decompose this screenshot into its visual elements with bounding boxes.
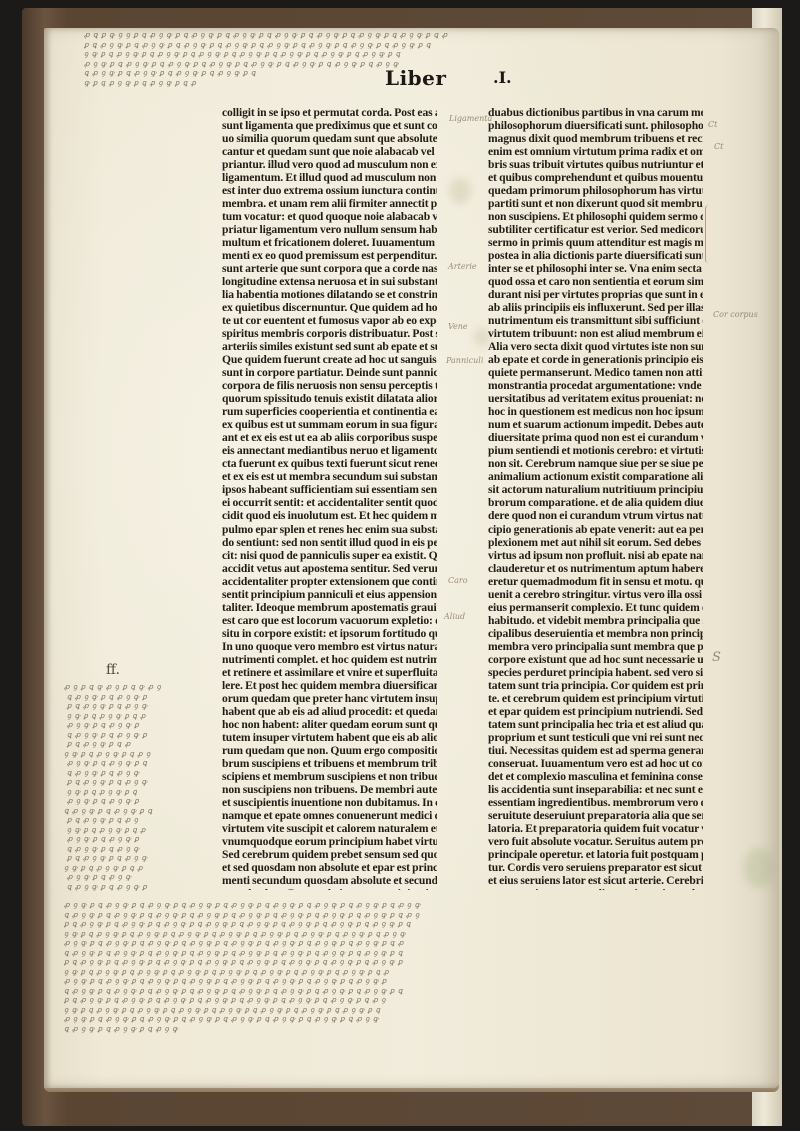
text-line: menti secundum quosdam absolute et secun…: [222, 874, 437, 887]
text-line: et suscipientis inuentione non dubitamus…: [222, 796, 437, 809]
text-line: lis accidentia sunt inseparabilia: et ne…: [488, 783, 703, 796]
text-line: diuersitate prima quod non est ei curand…: [488, 431, 703, 444]
text-line: lia habentia motiones dilatando se et co…: [222, 288, 437, 301]
text-line: durant nisi per virtutes proprias que su…: [488, 288, 703, 301]
text-line: situ in corpore existit: et ipsorum fort…: [222, 627, 437, 640]
text-line: animalium actionum existit comparatione …: [488, 470, 703, 483]
text-line: magnus dixit quod membrum tribuens et re…: [488, 132, 703, 145]
running-head-number: .I.: [493, 68, 512, 87]
text-line: te. et cerebrum quidem est principium vi…: [488, 692, 703, 705]
text-line: multum et fricationem doleret. Iuuamentu…: [222, 236, 437, 249]
text-line: hoc non habent: aliter quedam eorum sunt…: [222, 718, 437, 731]
text-line: tatem sunt tria principia. Cor quidem es…: [488, 679, 703, 692]
text-line: et quibus comprehendunt et quibus mouent…: [488, 171, 703, 184]
text-line: habitudo. et videbit membra principalia …: [488, 614, 703, 627]
text-line: virtus ad ipsum non profluit. nisi ab ep…: [488, 549, 703, 562]
text-line: principale operetur. et latoria fuit pos…: [488, 848, 703, 861]
text-line: et epar quidem est principium nutriendi.…: [488, 705, 703, 718]
text-line: det et complexio masculina et feminina c…: [488, 770, 703, 783]
text-line: ei occurrit sentit: et accidentaliter se…: [222, 496, 437, 509]
text-line: taliter. Ideoque membrum apostematis gra…: [222, 601, 437, 614]
text-line: cipalibus deseruientia et membra non pri…: [488, 627, 703, 640]
margin-note-vene: Vene: [448, 322, 468, 331]
text-line: In uno quoque vero membro est virtus nat…: [222, 640, 437, 653]
text-line: ex quibus est ut summam eorum in sua fig…: [222, 418, 437, 431]
text-line: sunt ligamenta que prediximus que et sun…: [222, 119, 437, 132]
section-mark-s: S: [712, 650, 721, 665]
text-line: pium sentiendi et motionis cerebro: et v…: [488, 444, 703, 457]
left-column-text: colligit in se ipso et permutat corda. P…: [222, 106, 437, 890]
margin-note-right: Ct: [708, 120, 717, 129]
text-line: enim est omnium virtutum prima radix et …: [488, 145, 703, 158]
text-line: conseruat. Iuuamentum vero est ad hoc ut…: [488, 757, 703, 770]
text-line: Alia vero secta dixit quod virtutes iste…: [488, 340, 703, 353]
text-line: duabus dictionibus partibus in vna carum…: [488, 106, 703, 119]
text-line: colligit in se ipso et permutat corda. P…: [222, 106, 437, 119]
running-head: Liber .I.: [385, 66, 545, 96]
text-line: sermo in primis quum attenditur est magi…: [488, 236, 703, 249]
text-line: nutrimentum eis transmittunt sibi suffic…: [488, 314, 703, 327]
text-line: habent que ab eis ad aliud procedit: et …: [222, 705, 437, 718]
text-line: est caro que est locorum vacuorum explet…: [222, 614, 437, 627]
text-line: scipiens et membrum suscipiens et non tr…: [222, 770, 437, 783]
text-line: pulmo epar splen et renes hec enim sua s…: [222, 523, 437, 536]
text-line: vnumquodque eorum principium habet virtu…: [222, 835, 437, 848]
text-line: quiete permanserunt. Medico tamen non at…: [488, 366, 703, 379]
text-line: ab aliis principiis eis influxerunt. Sed…: [488, 301, 703, 314]
text-line: non sit. Cerebrum namque siue per se siu…: [488, 457, 703, 470]
text-line: tatem sunt principalia hec tria et est a…: [488, 718, 703, 731]
text-line: spiritus membris corporis distribuatur. …: [222, 327, 437, 340]
text-line: dere quod non ei curandum vtrum virtus n…: [488, 509, 703, 522]
text-line: tum vocatur: et quod quoque noie alabaca…: [222, 210, 437, 223]
text-line: cidit quod eis inuolutum est. Et hec qui…: [222, 509, 437, 522]
text-line: ligamentum. Et illud quod ad musculum no…: [222, 171, 437, 184]
text-line: est inter duo extrema ossium iunctura co…: [222, 184, 437, 197]
margin-note-caro: Caro: [448, 576, 468, 585]
text-line: uo similia quorum quedam sunt que absolu…: [222, 132, 437, 145]
text-line: Sed cerebrum quidem prebet sensum sed qu…: [222, 848, 437, 861]
text-line: inter se et philosophi inter se. Vna eni…: [488, 262, 703, 275]
text-line: eretur quemadmodum fit in sensu et motu.…: [488, 575, 703, 588]
text-column-right: duabus dictionibus partibus in vna carum…: [488, 106, 703, 890]
right-column-text: duabus dictionibus partibus in vna carum…: [488, 106, 703, 890]
text-line: non suscipiens non tribuens. De membri a…: [222, 783, 437, 796]
text-line: tutem insuper virtutem habent que eis ab…: [222, 731, 437, 744]
text-line: vero fuit absolute vocatur. Seruitus aut…: [488, 835, 703, 848]
text-line: non absolute. De membri autem suscipient…: [222, 887, 437, 890]
text-line: cta fuerunt ex quibus texti fuerunt sicu…: [222, 457, 437, 470]
text-line: sunt arterie que sunt corpora que a cord…: [222, 262, 437, 275]
text-line: et retinere et assimilare et vnire et su…: [222, 666, 437, 679]
text-line: cantur et quedam sunt que noie alabacab …: [222, 145, 437, 158]
text-line: partiti sunt et non dixerunt quod sit me…: [488, 197, 703, 210]
margin-note-ligamenta: Ligamenta: [449, 114, 492, 123]
text-line: clauderetur et os nutrimentum aptum habe…: [488, 562, 703, 575]
text-line: orum quedam que preter hanc virtutem ins…: [222, 692, 437, 705]
text-column-left: colligit in se ipso et permutat corda. P…: [222, 106, 437, 890]
margin-note-aliud: Aliud: [444, 612, 465, 621]
text-line: accidit vetus aut apostema sentitur. Sed…: [222, 562, 437, 575]
text-line: rator est sicut epar. et alia nutrimenti…: [488, 887, 703, 890]
margin-note-arterie: Arterie: [448, 262, 477, 271]
text-line: bris suas tribuit virtutes quibus nutriu…: [488, 158, 703, 171]
text-line: namque et epate omnes conuenerunt medici…: [222, 809, 437, 822]
text-line: eius permanserit complexio. Et tunc quid…: [488, 601, 703, 614]
text-line: membra vero principalia sunt membra que …: [488, 640, 703, 653]
text-line: longitudine extensa neruosa et in sui su…: [222, 275, 437, 288]
text-line: brorum comparatione. et de alia quidem d…: [488, 496, 703, 509]
text-line: priantur. illud vero quod ad musculum no…: [222, 158, 437, 171]
bottom-margin-handwritten-annotation: ꝓ ꝯ ꝙ ꝑ ꝗ ꝓ ꝯ ꝙ ꝑ ꝗ ꝓ ꝯ ꝙ ꝑ ꝗ ꝓ ꝯ ꝙ ꝑ ꝗ …: [64, 900, 724, 1033]
text-line: philosophorum diuersificati sunt. philos…: [488, 119, 703, 132]
left-margin-handwritten-annotation: ꝓ ꝯ ꝑ ꝗ ꝙ ꝓ ꝯ ꝑ ꝗ ꝙ ꝓ ꝯ ꝗ ꝓ ꝯ ꝙ ꝑ ꝗ ꝓ ꝯ …: [64, 682, 212, 891]
text-line: quorum spissitudo tenuis existit dilatat…: [222, 392, 437, 405]
section-mark-ff: ff.: [106, 662, 120, 678]
text-line: non suscipiens. Et philosophi quidem ser…: [488, 210, 703, 223]
margin-bracket: [705, 205, 712, 263]
text-line: eis annectant mediantibus neruo et ligam…: [222, 444, 437, 457]
running-head-label: Liber: [385, 66, 446, 90]
text-line: corpore existunt que ad hoc sunt necessa…: [488, 653, 703, 666]
text-line: priatur ligamentum vero nullum sensum ha…: [222, 223, 437, 236]
text-line: arteriis similes existunt sed sunt ab ep…: [222, 340, 437, 353]
text-line: quod ossa et caro non sentientia et eoru…: [488, 275, 703, 288]
text-line: lere. Et post hec quidem membra diuersif…: [222, 679, 437, 692]
text-line: plexionem met aut nihil sit eorum. Sed d…: [488, 536, 703, 549]
text-line: seruitute deseruiunt preparatoria alia q…: [488, 809, 703, 822]
text-line: monstrantia procedat argumentatione: vnd…: [488, 379, 703, 392]
text-line: menti ex eo quod premissum est perpendit…: [222, 249, 437, 262]
text-line: tiui. Necessitas quidem est ad sperma ge…: [488, 744, 703, 757]
text-line: uersitatibus ad veritatem exitus proueni…: [488, 392, 703, 405]
text-line: te ut cor euentent et fumosus vapor ab e…: [222, 314, 437, 327]
text-line: et sed quosdam non absolute et epar est …: [222, 861, 437, 874]
foxing-stain: [449, 178, 471, 204]
text-line: postea in alia dictionis parte diuersifi…: [488, 249, 703, 262]
text-line: cit: nisi quod de panniculis super ea ex…: [222, 549, 437, 562]
text-line: virtutem vite suscipit et calorem natura…: [222, 822, 437, 835]
margin-note-right: Cor corpus: [713, 310, 758, 319]
text-line: ab epate et corde in generationis princi…: [488, 353, 703, 366]
text-line: et ex eis est ut membra secundum sui sub…: [222, 470, 437, 483]
text-line: uenit a cerebro stringitur. virtus vero …: [488, 588, 703, 601]
text-line: essentiam ingredientibus. membrorum vero…: [488, 796, 703, 809]
margin-note-right: Ct: [714, 142, 723, 151]
text-line: tur. Cordis vero seruiens preparator est…: [488, 861, 703, 874]
text-line: et eius seruiens lator est sicut arterie…: [488, 874, 703, 887]
text-line: ex quietibus discernuntur. Que quidem ad…: [222, 301, 437, 314]
text-line: ant et ex eis est ut ea ab aliis corpori…: [222, 431, 437, 444]
text-line: corpora de filis neruosis non sensu perc…: [222, 379, 437, 392]
text-line: membra. et unam rem alii firmiter annect…: [222, 197, 437, 210]
text-line: ipsos habeant sufficientiam sui essentia…: [222, 483, 437, 496]
text-line: subtiliter certificatur est verior. Sed …: [488, 223, 703, 236]
text-line: sit actorum naturalium nutritiuum princi…: [488, 483, 703, 496]
text-line: sentit principium panniculi et eius appe…: [222, 588, 437, 601]
text-line: cipio generationis ab epate venerit: aut…: [488, 523, 703, 536]
text-line: brum suscipiens et tribuens et membrum t…: [222, 757, 437, 770]
text-line: do sentiunt: sed non sentit illud quod i…: [222, 536, 437, 549]
text-line: num et suarum actionum impedit. Debes au…: [488, 418, 703, 431]
text-line: accidentaliter propter extensionem que c…: [222, 575, 437, 588]
text-line: latoria. Et preparatoria quidem fuit voc…: [488, 822, 703, 835]
text-line: Que quidem fuerunt create ad hoc ut sang…: [222, 353, 437, 366]
text-line: nutrimenti complet. et hoc quidem est nu…: [222, 653, 437, 666]
text-line: hoc in questionem est medicus non hoc ip…: [488, 405, 703, 418]
text-line: rum quedam que non. Quum ergo compositio…: [222, 744, 437, 757]
text-line: virtutem tribuunt: non est aliud membrum…: [488, 327, 703, 340]
text-line: quedam primorum philosophorum has virtut…: [488, 184, 703, 197]
text-line: proprium et sunt testiculi que vni rei s…: [488, 731, 703, 744]
foxing-stain: [744, 848, 774, 888]
text-line: species perduret principia habent. sed v…: [488, 666, 703, 679]
margin-note-panniculi: Panniculi: [446, 356, 483, 365]
text-line: sunt in corpore partiatur. Deinde sunt p…: [222, 366, 437, 379]
text-line: rum superficies cooperientia et continen…: [222, 405, 437, 418]
